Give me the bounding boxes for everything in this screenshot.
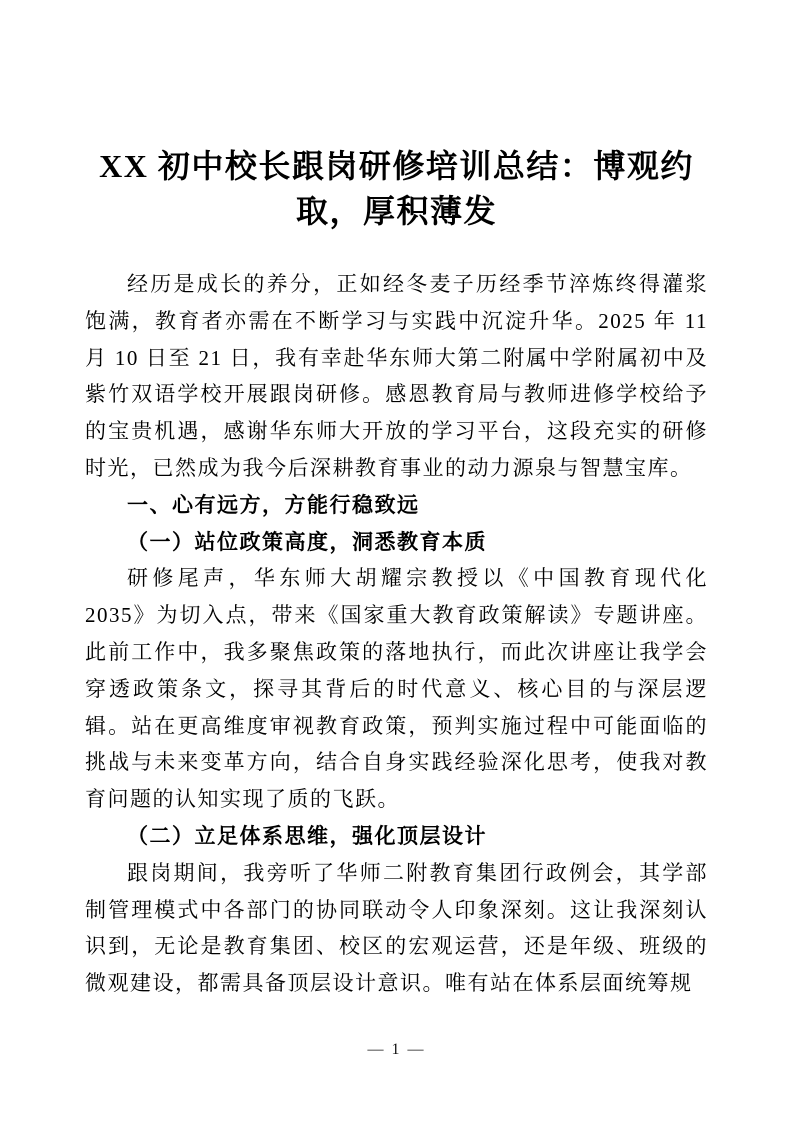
subsection-heading-1-1: （一）站位政策高度，洞悉教育本质 <box>85 524 708 561</box>
section-heading-1: 一、心有远方，方能行稳致远 <box>85 487 708 524</box>
document-page: XX 初中校长跟岗研修培训总结：博观约取，厚积薄发 经历是成长的养分，正如经冬麦… <box>0 0 793 1122</box>
paragraph-intro: 经历是成长的养分，正如经冬麦子历经季节淬炼终得灌浆饱满，教育者亦需在不断学习与实… <box>85 266 708 487</box>
page-number: — 1 — <box>0 1040 793 1060</box>
document-body: 经历是成长的养分，正如经冬麦子历经季节淬炼终得灌浆饱满，教育者亦需在不断学习与实… <box>85 266 708 1002</box>
document-title: XX 初中校长跟岗研修培训总结：博观约取，厚积薄发 <box>85 144 708 234</box>
paragraph-policy: 研修尾声，华东师大胡耀宗教授以《中国教育现代化 2035》为切入点，带来《国家重… <box>85 560 708 818</box>
paragraph-system-design: 跟岗期间，我旁听了华师二附教育集团行政例会，其学部制管理模式中各部门的协同联动令… <box>85 855 708 1002</box>
subsection-heading-1-2: （二）立足体系思维，强化顶层设计 <box>85 818 708 855</box>
